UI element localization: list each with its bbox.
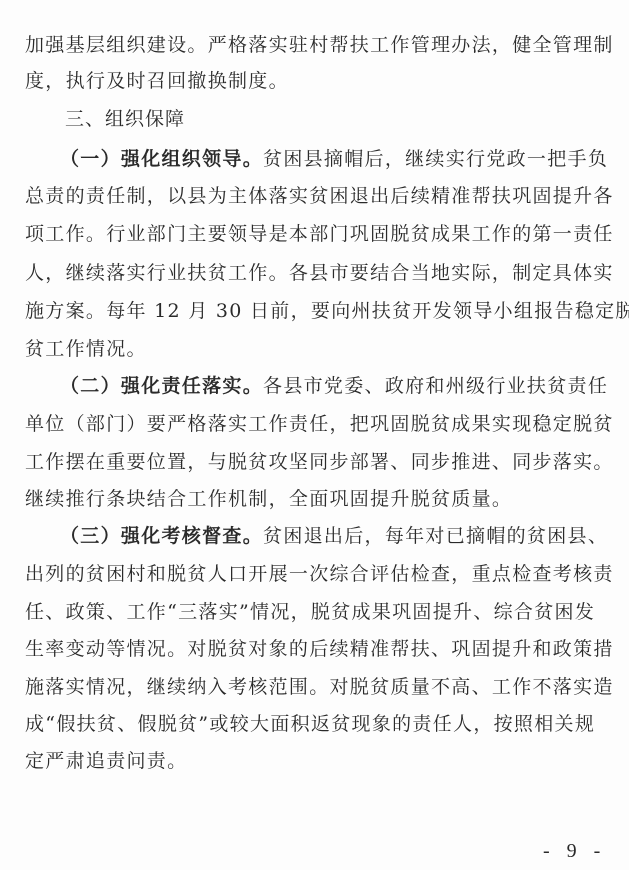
paragraph-1-first-line-text: 贫困县摘帽后，继续实行党政一把手负 <box>263 148 608 170</box>
body-text-line: 加强基层组织建设。严格落实驻村帮扶工作管理办法，健全管理制 <box>25 33 605 57</box>
body-text-line: 生率变动等情况。对脱贫对象的后续精准帮扶、巩固提升和政策措 <box>25 637 605 661</box>
paragraph-1-first-line: （一）强化组织领导。贫困县摘帽后，继续实行党政一把手负 <box>60 147 629 171</box>
page-number: - 9 - <box>543 840 606 863</box>
body-text-line: 任、政策、工作“三落实”情况，脱贫成果巩固提升、综合贫困发 <box>25 600 605 624</box>
body-text-line: 总责的责任制，以县为主体落实贫困退出后续精准帮扶巩固提升各 <box>25 184 605 208</box>
body-text-line: 项工作。行业部门主要领导是本部门巩固脱贫成果工作的第一责任 <box>25 222 605 246</box>
paragraph-3-first-line-text: 贫困退出后，每年对已摘帽的贫困县、 <box>263 525 608 547</box>
paragraph-3-first-line: （三）强化考核督查。贫困退出后，每年对已摘帽的贫困县、 <box>60 524 629 548</box>
section-heading: 三、组织保障 <box>65 107 629 131</box>
body-text-line: 施落实情况，继续纳入考核范围。对脱贫质量不高、工作不落实造 <box>25 675 605 699</box>
paragraph-2-lead: （二）强化责任落实。 <box>60 375 263 397</box>
paragraph-3-lead: （三）强化考核督查。 <box>60 525 263 547</box>
body-text-line: 继续推行条块结合工作机制，全面巩固提升脱贫质量。 <box>25 487 605 511</box>
body-text-line: 人，继续落实行业扶贫工作。各县市要结合当地实际，制定具体实 <box>25 261 605 285</box>
body-text-line: 施方案。每年 12 月 30 日前，要向州扶贫开发领导小组报告稳定脱 <box>25 299 605 323</box>
document-page: 加强基层组织建设。严格落实驻村帮扶工作管理办法，健全管理制 度，执行及时召回撤换… <box>0 0 629 870</box>
body-text-line: 定严肃追责问责。 <box>25 749 605 773</box>
body-text-line: 贫工作情况。 <box>25 337 605 361</box>
paragraph-2-first-line: （二）强化责任落实。各县市党委、政府和州级行业扶贫责任 <box>60 374 629 398</box>
body-text-line: 度，执行及时召回撤换制度。 <box>25 69 605 93</box>
body-text-line: 成“假扶贫、假脱贫”或较大面积返贫现象的责任人，按照相关规 <box>25 712 605 736</box>
body-text-line: 出列的贫困村和脱贫人口开展一次综合评估检查，重点检查考核责 <box>25 562 605 586</box>
body-text-line: 工作摆在重要位置，与脱贫攻坚同步部署、同步推进、同步落实。 <box>25 450 605 474</box>
paragraph-1-lead: （一）强化组织领导。 <box>60 148 263 170</box>
body-text-line: 单位（部门）要严格落实工作责任，把巩固脱贫成果实现稳定脱贫 <box>25 412 605 436</box>
paragraph-2-first-line-text: 各县市党委、政府和州级行业扶贫责任 <box>263 375 608 397</box>
